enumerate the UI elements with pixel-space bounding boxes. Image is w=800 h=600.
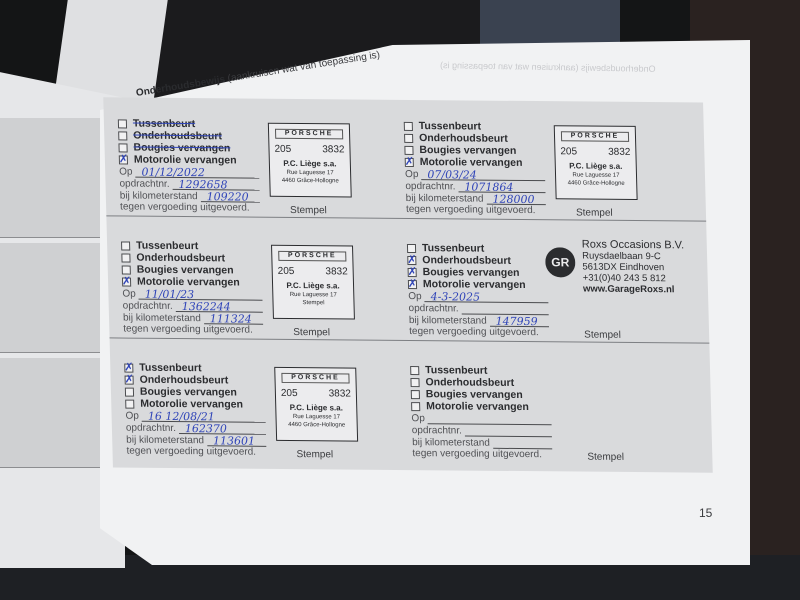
order-value[interactable]: 1292658 (172, 179, 259, 191)
date-label: Op (405, 169, 419, 180)
order-label: opdrachtnr. (123, 301, 173, 312)
check-label: Onderhoudsbeurt (139, 374, 228, 387)
stamp-brand: PORSCHE (278, 251, 346, 262)
checkbox[interactable] (411, 390, 420, 399)
service-entry-bottom-right: Tussenbeurt Onderhoudsbeurt Bougies verv… (410, 364, 698, 482)
order-label: opdrachtnr. (126, 423, 176, 434)
date-value[interactable] (428, 413, 552, 425)
check-label: Bougies vervangen (426, 388, 523, 401)
mileage-value[interactable]: 147959 (490, 316, 549, 328)
stamp-dealer-name: P.C. Liège s.a. (270, 159, 350, 169)
stamp-dealer-name: P.C. Liège s.a. (556, 161, 636, 171)
check-label: Bougies vervangen (137, 264, 234, 277)
garage-phone: +31(0)40 243 5 812 (583, 273, 686, 285)
order-value[interactable] (461, 303, 548, 315)
check-label: Motorolie vervangen (423, 278, 526, 291)
footer-text: tegen vergoeding uitgevoerd. (120, 201, 260, 214)
stamp-street: Rue Laguesse 17 (556, 172, 636, 179)
page-number: 15 (699, 506, 712, 520)
stamp-brand: PORSCHE (281, 373, 349, 384)
stamp-code-left: 205 (274, 144, 291, 155)
mileage-value[interactable]: 128000 (486, 194, 545, 206)
order-field: opdrachtnr. (408, 302, 548, 315)
mileage-value[interactable]: 113601 (207, 435, 266, 447)
date-value[interactable]: 01/12/2022 (135, 167, 259, 179)
mileage-value[interactable]: 109220 (200, 191, 259, 203)
stamp-brand: PORSCHE (561, 131, 629, 142)
date-field: Op01/12/2022 (119, 165, 259, 178)
stamp-street: Rue Laguesse 17 (270, 170, 350, 177)
checkbox[interactable] (121, 253, 130, 262)
mileage-label: bij kilometerstand (126, 435, 204, 447)
order-field: opdrachtnr.162370 (126, 422, 266, 435)
checkbox[interactable] (118, 143, 127, 152)
check-row: Motorolie vervangen (411, 400, 696, 414)
stamp-code-right: 3832 (322, 144, 345, 155)
check-label: Tussenbeurt (133, 118, 196, 131)
garage-city: 5613DX Eindhoven (582, 262, 685, 274)
checkbox[interactable] (408, 267, 417, 276)
check-label: Bougies vervangen (133, 142, 230, 155)
date-value[interactable]: 16 12/08/21 (142, 411, 266, 423)
check-label: Tussenbeurt (139, 362, 202, 375)
order-label: opdrachtnr. (405, 181, 455, 192)
date-value[interactable]: 4-3-2025 (424, 291, 548, 303)
check-label: Motorolie vervangen (137, 276, 240, 289)
mileage-label: bij kilometerstand (123, 313, 201, 325)
checkbox[interactable] (408, 279, 417, 288)
footer-text: tegen vergoeding uitgevoerd. (406, 204, 546, 217)
order-label: opdrachtnr. (412, 425, 462, 436)
stamp-city: 4460 Grâce-Hollogne (270, 178, 350, 185)
date-field: Op16 12/08/21 (125, 410, 265, 423)
date-field: Op (411, 412, 551, 425)
checkbox[interactable] (118, 119, 127, 128)
check-label: Onderhoudsbeurt (419, 132, 508, 145)
stamp-brand: PORSCHE (275, 129, 343, 140)
checkbox[interactable] (125, 375, 134, 384)
date-field: Op07/03/24 (405, 168, 545, 181)
date-label: Op (119, 166, 133, 177)
checkbox[interactable] (125, 399, 134, 408)
dealer-stamp: PORSCHE 2053832 P.C. Liège s.a. Rue Lagu… (554, 125, 638, 200)
stamp-city: 4460 Grâce-Hollogne (277, 422, 357, 429)
check-label: Onderhoudsbeurt (425, 376, 514, 389)
check-label: Onderhoudsbeurt (133, 130, 222, 143)
checkbox[interactable] (404, 145, 413, 154)
footer-text: tegen vergoeding uitgevoerd. (409, 326, 549, 339)
stamp-street: Rue Laguesse 17 (273, 292, 353, 299)
check-label: Bougies vervangen (140, 386, 237, 399)
date-value[interactable]: 11/01/23 (139, 289, 263, 301)
order-field: opdrachtnr. (412, 424, 552, 437)
check-label: Motorolie vervangen (134, 154, 237, 167)
checkbox[interactable] (119, 155, 128, 164)
service-entry-top-left: Tussenbeurt Onderhoudsbeurt Bougies verv… (118, 117, 406, 235)
stamp-label: Stempel (584, 330, 621, 341)
date-label: Op (122, 289, 136, 300)
stamp-label: Stempel (296, 449, 333, 460)
check-label: Bougies vervangen (419, 144, 516, 157)
stamp-code-right: 3832 (329, 388, 352, 399)
order-field: opdrachtnr.1071864 (405, 180, 545, 193)
order-value[interactable]: 162370 (179, 423, 266, 435)
date-label: Op (411, 413, 425, 424)
checkbox[interactable] (411, 402, 420, 411)
stamp-code-left: 205 (281, 388, 298, 399)
mileage-label: bij kilometerstand (120, 190, 198, 202)
stamp-label: Stempel (290, 205, 327, 216)
check-label: Tussenbeurt (422, 242, 485, 255)
mileage-label: bij kilometerstand (406, 193, 484, 205)
stamp-dealer-name: P.C. Liège s.a. (273, 281, 353, 291)
check-label: Tussenbeurt (136, 240, 199, 253)
order-label: opdrachtnr. (119, 178, 169, 189)
checkbox[interactable] (122, 265, 131, 274)
checkbox[interactable] (405, 157, 414, 166)
garage-website: www.GarageRoxs.nl (583, 284, 686, 296)
check-label: Tussenbeurt (425, 364, 488, 377)
footer-text: tegen vergoeding uitgevoerd. (412, 448, 552, 461)
checkbox[interactable] (125, 387, 134, 396)
checkbox[interactable] (410, 378, 419, 387)
stamp-code-left: 205 (278, 266, 295, 277)
garage-logo-icon: GR (545, 247, 576, 277)
service-entry-top-right: Tussenbeurt Onderhoudsbeurt Bougies verv… (404, 120, 692, 238)
order-value[interactable]: 1362244 (176, 301, 263, 313)
mileage-value[interactable] (493, 438, 552, 450)
check-label: Motorolie vervangen (420, 156, 523, 169)
checkbox[interactable] (404, 133, 413, 142)
checkbox[interactable] (404, 121, 413, 130)
checkbox[interactable] (118, 131, 127, 140)
date-label: Op (125, 411, 139, 422)
check-label: Tussenbeurt (419, 120, 482, 133)
date-value[interactable]: 07/03/24 (421, 169, 545, 181)
stamp-dealer-name: P.C. Liège s.a. (276, 403, 356, 413)
stamp-code-right: 3832 (325, 266, 348, 277)
checkbox[interactable] (407, 243, 416, 252)
garage-street: Ruysdaelbaan 9-C (582, 251, 685, 263)
dealer-stamp: PORSCHE 2053832 P.C. Liège s.a. Rue Lagu… (268, 123, 352, 198)
mileage-label: bij kilometerstand (412, 437, 490, 449)
stamp-label: Stempel (587, 452, 624, 463)
order-value[interactable]: 1071864 (458, 181, 545, 193)
stamp-street: Rue Laguesse 17 (276, 414, 356, 421)
garage-name: Roxs Occasions B.V. (582, 240, 685, 252)
date-field: Op11/01/23 (122, 288, 262, 301)
stamp-city: 4460 Grâce-Hollogne (556, 180, 636, 187)
check-label: Onderhoudsbeurt (136, 252, 225, 265)
order-label: opdrachtnr. (408, 303, 458, 314)
check-label: Bougies vervangen (422, 266, 519, 279)
check-label: Onderhoudsbeurt (422, 254, 511, 267)
garage-stamp: Roxs Occasions B.V. Ruysdaelbaan 9-C 561… (582, 240, 686, 296)
checkbox[interactable] (122, 277, 131, 286)
footer-text: tegen vergoeding uitgevoerd. (123, 324, 263, 337)
stamp-city: Stempel (273, 300, 353, 307)
check-label: Motorolie vervangen (426, 400, 529, 413)
order-field: opdrachtnr.1362244 (123, 300, 263, 313)
service-entry-middle-right: Tussenbeurt Onderhoudsbeurt Bougies verv… (407, 242, 695, 360)
stamp-label: Stempel (576, 207, 613, 218)
dealer-stamp: PORSCHE 2053832 P.C. Liège s.a. Rue Lagu… (271, 245, 355, 320)
mileage-label: bij kilometerstand (409, 315, 487, 327)
stamp-label: Stempel (293, 327, 330, 338)
mileage-value[interactable]: 111324 (204, 313, 263, 325)
check-label: Motorolie vervangen (140, 398, 243, 411)
checkbox[interactable] (410, 366, 419, 375)
order-value[interactable] (465, 426, 552, 438)
stamp-code-left: 205 (560, 146, 577, 157)
checkbox[interactable] (124, 363, 133, 372)
service-entry-middle-left: Tussenbeurt Onderhoudsbeurt Bougies verv… (121, 239, 409, 357)
service-entry-bottom-left: Tussenbeurt Onderhoudsbeurt Bougies verv… (124, 362, 412, 480)
date-field: Op4-3-2025 (408, 290, 548, 303)
stamp-code-right: 3832 (608, 147, 631, 158)
checkbox[interactable] (407, 255, 416, 264)
dealer-stamp: PORSCHE 2053832 P.C. Liège s.a. Rue Lagu… (274, 367, 358, 442)
service-grid: Tussenbeurt Onderhoudsbeurt Bougies verv… (103, 97, 712, 472)
footer-text: tegen vergoeding uitgevoerd. (126, 446, 266, 459)
order-field: opdrachtnr.1292658 (119, 177, 259, 190)
date-label: Op (408, 291, 422, 302)
checkbox[interactable] (121, 241, 130, 250)
